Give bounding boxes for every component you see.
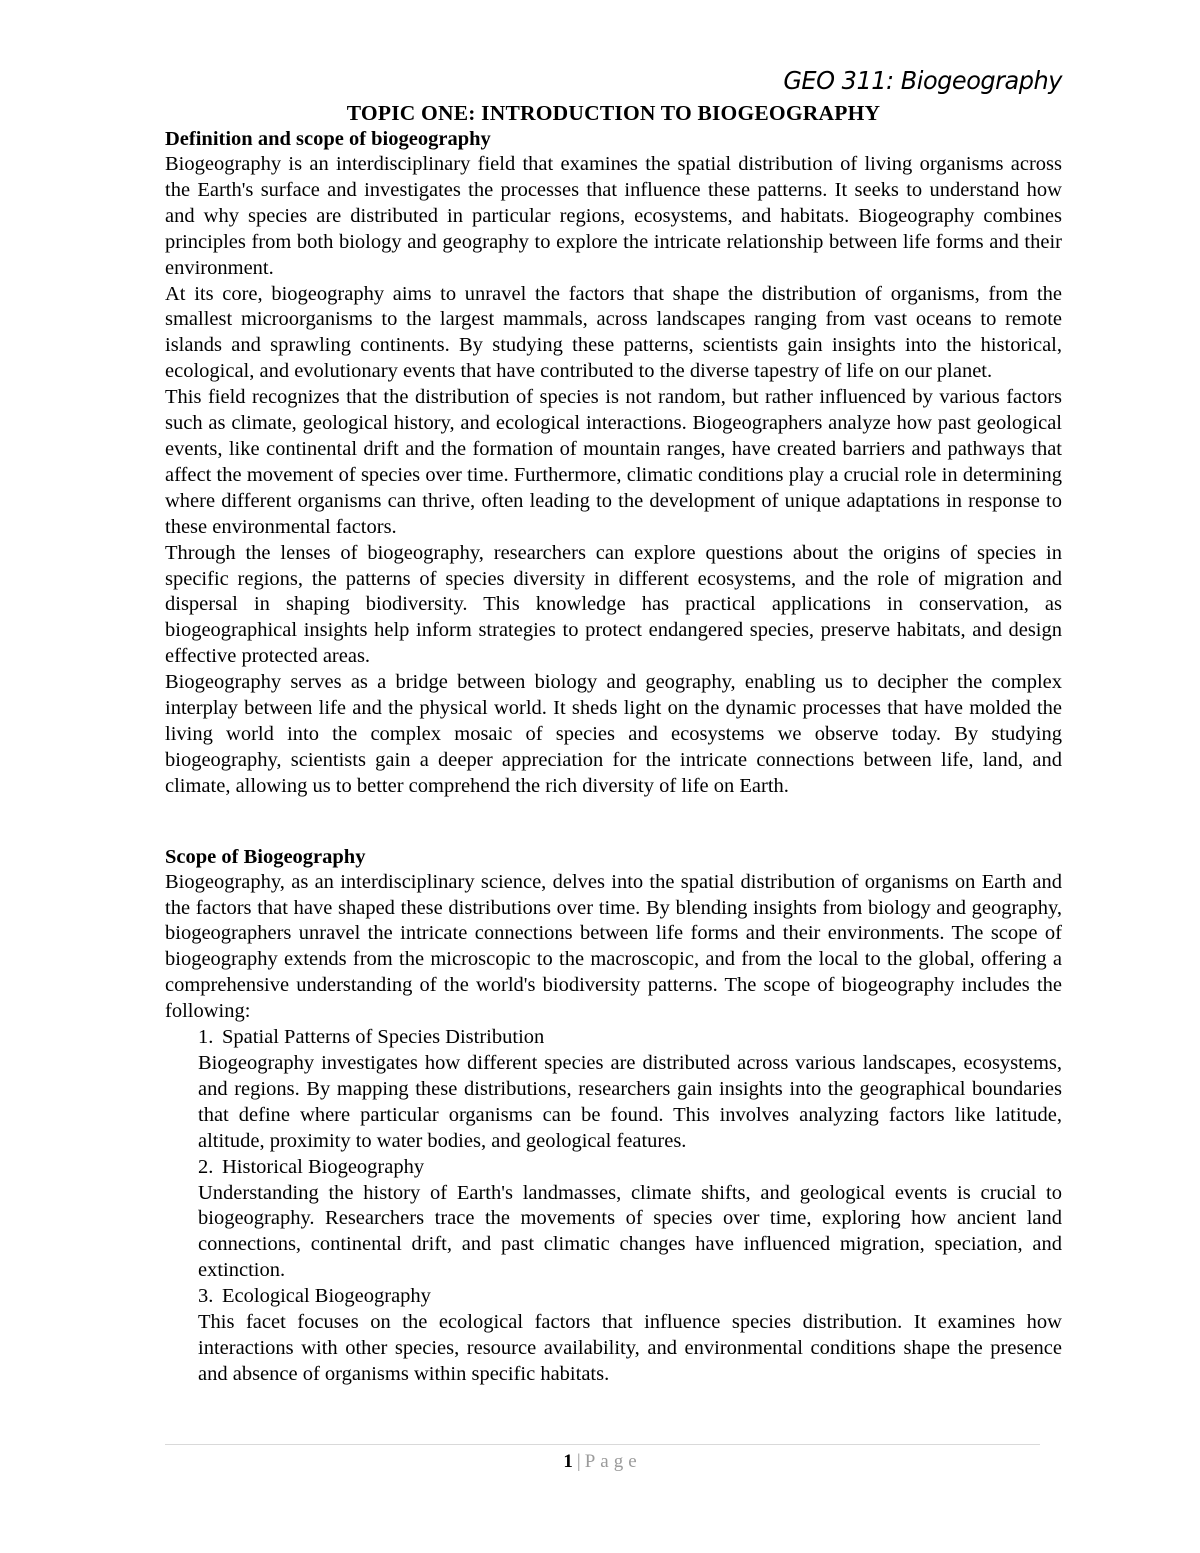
list-item-body: Biogeography investigates how different …: [198, 1051, 1062, 1155]
section-heading-scope: Scope of Biogeography: [165, 844, 1062, 870]
list-item-title: Spatial Patterns of Species Distribution: [222, 1026, 544, 1048]
course-header: GEO 311: Biogeography: [201, 66, 1062, 96]
list-item-number: 1.: [198, 1025, 222, 1051]
paragraph: Biogeography is an interdisciplinary fie…: [165, 152, 1062, 282]
footer-text: 1|Page: [165, 1451, 1040, 1473]
footer-divider: [165, 1444, 1040, 1445]
list-item-number: 2.: [198, 1155, 222, 1181]
paragraph: Through the lenses of biogeography, rese…: [165, 541, 1062, 671]
list-item-body: This facet focuses on the ecological fac…: [198, 1310, 1062, 1388]
paragraph: This field recognizes that the distribut…: [165, 385, 1062, 540]
section-spacer: [165, 800, 1062, 844]
page-footer: 1|Page: [165, 1444, 1040, 1473]
list-item: 3.Ecological Biogeography This facet foc…: [165, 1284, 1062, 1388]
paragraph: At its core, biogeography aims to unrave…: [165, 282, 1062, 386]
page-separator: |: [573, 1451, 585, 1472]
document-page: GEO 311: Biogeography TOPIC ONE: INTRODU…: [0, 0, 1200, 1553]
list-item-title: Ecological Biogeography: [222, 1285, 431, 1307]
page-number: 1: [563, 1451, 573, 1472]
list-item-heading: 2.Historical Biogeography: [165, 1155, 1062, 1181]
document-content: GEO 311: Biogeography TOPIC ONE: INTRODU…: [165, 66, 1062, 1388]
paragraph: Biogeography, as an interdisciplinary sc…: [165, 870, 1062, 1025]
list-item-heading: 3.Ecological Biogeography: [165, 1284, 1062, 1310]
paragraph: Biogeography serves as a bridge between …: [165, 670, 1062, 800]
list-item-heading: 1.Spatial Patterns of Species Distributi…: [165, 1025, 1062, 1051]
list-item: 2.Historical Biogeography Understanding …: [165, 1155, 1062, 1285]
list-item-body: Understanding the history of Earth's lan…: [198, 1181, 1062, 1285]
page-label: Page: [585, 1451, 642, 1472]
document-title: TOPIC ONE: INTRODUCTION TO BIOGEOGRAPHY: [165, 100, 1062, 126]
section-heading-definition: Definition and scope of biogeography: [165, 126, 1062, 152]
list-item-number: 3.: [198, 1284, 222, 1310]
list-item-title: Historical Biogeography: [222, 1156, 424, 1178]
list-item: 1.Spatial Patterns of Species Distributi…: [165, 1025, 1062, 1155]
